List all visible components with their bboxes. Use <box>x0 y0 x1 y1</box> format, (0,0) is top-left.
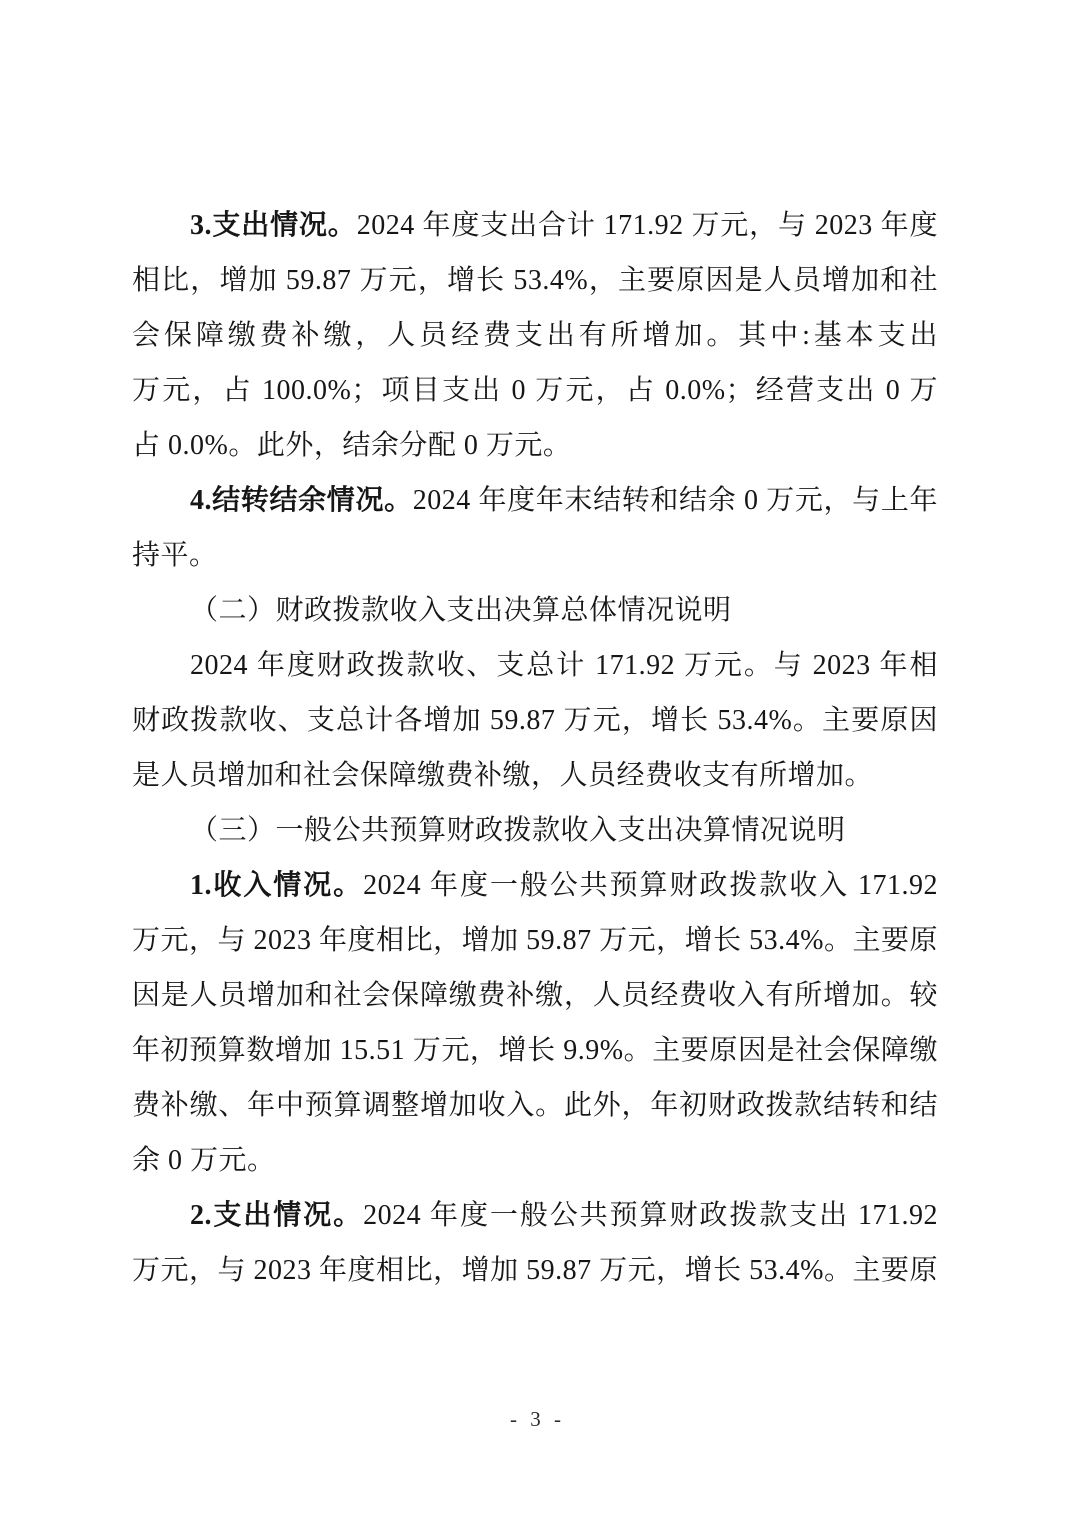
text-line: 年初预算数增加 15.51 万元，增长 9.9%。主要原因是社会保障缴 <box>132 1023 938 1078</box>
text-line: 占 0.0%。此外，结余分配 0 万元。 <box>132 418 938 473</box>
page-footer: - 3 - <box>0 1405 1075 1433</box>
page-number: - 3 - <box>510 1407 565 1431</box>
text-area: 3.支出情况。2024 年度支出合计 171.92 万元，与 2023 年度相比… <box>132 198 938 1298</box>
text-line: 因是人员增加和社会保障缴费补缴，人员经费收入有所增加。较 <box>132 968 938 1023</box>
text-line: 万元，与 2023 年度相比，增加 59.87 万元，增长 53.4%。主要原 <box>132 913 938 968</box>
paragraph-lead: 3.支出情况。 <box>190 210 357 241</box>
text-line: 财政拨款收、支总计各增加 59.87 万元，增长 53.4%。主要原因 <box>132 693 938 748</box>
text-line: 3.支出情况。2024 年度支出合计 171.92 万元，与 2023 年度 <box>132 198 938 253</box>
text-line: 相比，增加 59.87 万元，增长 53.4%，主要原因是人员增加和社 <box>132 253 938 308</box>
paragraph-lead: 1.收入情况。 <box>190 870 363 901</box>
text-line: 持平。 <box>132 528 938 583</box>
text-line: 1.收入情况。2024 年度一般公共预算财政拨款收入 171.92 <box>132 858 938 913</box>
text-line: （三）一般公共预算财政拨款收入支出决算情况说明 <box>132 803 938 858</box>
text-line: 4.结转结余情况。2024 年度年末结转和结余 0 万元，与上年 <box>132 473 938 528</box>
text-line: 会保障缴费补缴，人员经费支出有所增加。其中:基本支出 171.92 <box>132 308 938 363</box>
text-line: 2.支出情况。2024 年度一般公共预算财政拨款支出 171.92 <box>132 1188 938 1243</box>
text-line: 万元，占 100.0%；项目支出 0 万元，占 0.0%；经营支出 0 万元， <box>132 363 938 418</box>
text-line: 费补缴、年中预算调整增加收入。此外，年初财政拨款结转和结 <box>132 1078 938 1133</box>
paragraph-lead: 2.支出情况。 <box>190 1200 363 1231</box>
text-line: （二）财政拨款收入支出决算总体情况说明 <box>132 583 938 638</box>
text-line: 是人员增加和社会保障缴费补缴，人员经费收支有所增加。 <box>132 748 938 803</box>
text-line: 万元，与 2023 年度相比，增加 59.87 万元，增长 53.4%。主要原 <box>132 1243 938 1298</box>
paragraph-lead: 4.结转结余情况。 <box>190 485 413 516</box>
document-page: 3.支出情况。2024 年度支出合计 171.92 万元，与 2023 年度相比… <box>0 0 1075 1520</box>
text-line: 2024 年度财政拨款收、支总计 171.92 万元。与 2023 年相比， <box>132 638 938 693</box>
text-line: 余 0 万元。 <box>132 1133 938 1188</box>
